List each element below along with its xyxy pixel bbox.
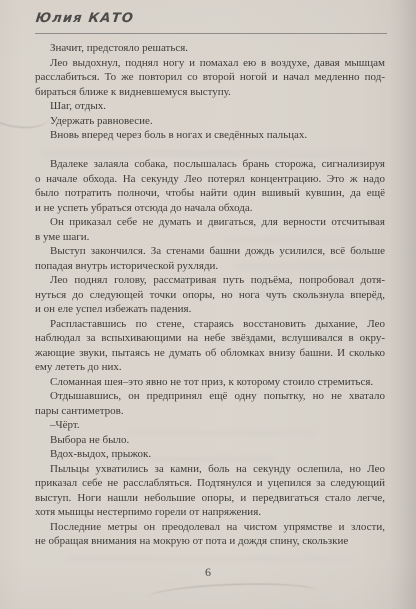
text-line: Он приказал себе не думать и двигаться, … xyxy=(35,215,385,230)
text-line: Лео выдохнул, поднял ногу и помахал ею в… xyxy=(35,56,385,71)
text-line: наблюдал за вспыхивающими на небе звёзда… xyxy=(35,331,385,346)
text-line: было потратить полночи, чтобы найти один… xyxy=(35,186,385,201)
running-header: Юлия КАТО xyxy=(35,11,135,26)
page-footer: 6 xyxy=(0,565,416,580)
text-line: не обращая внимания на мокрую от пота и … xyxy=(35,534,385,549)
text-line: расслабиться. То же повторил со второй н… xyxy=(35,70,385,85)
text-line: Выбора не было. xyxy=(35,433,385,448)
paragraph: Вдох-выдох, прыжок. xyxy=(35,447,385,462)
text-line: приказал себе не расслабляться. Подтянул… xyxy=(35,476,385,491)
page-number: 6 xyxy=(205,565,211,579)
text-line: нуться до следующей точки опоры, но нога… xyxy=(35,288,385,303)
paragraph: Вновь вперед через боль в ногах и сведён… xyxy=(35,128,385,143)
page-edge-shadow xyxy=(390,0,416,609)
text-line: и не успеть убраться отсюда до начала об… xyxy=(35,201,385,216)
text-line: Вновь вперед через боль в ногах и сведён… xyxy=(35,128,385,143)
text-line: Пыльцы ухватились за камни, боль на секу… xyxy=(35,462,385,477)
header-rule xyxy=(35,33,387,34)
text-line: и он еле успел избежать падения. xyxy=(35,302,385,317)
text-line: Лео поднял голову, рассматривая путь под… xyxy=(35,273,385,288)
text-line: Удержать равновесие. xyxy=(35,114,385,129)
paragraph: Сломанная шея–это явно не тот приз, к ко… xyxy=(35,375,385,390)
paragraph: Лео поднял голову, рассматривая путь под… xyxy=(35,273,385,317)
text-line: Последние метры он преодолевал на чистом… xyxy=(35,520,385,535)
paragraph: Пыльцы ухватились за камни, боль на секу… xyxy=(35,462,385,520)
paragraph: –Чёрт. xyxy=(35,418,385,433)
paragraph: Шаг, отдых. xyxy=(35,99,385,114)
book-page: Юлия КАТО Значит, предстояло решаться.Ле… xyxy=(0,0,416,609)
paragraph: Выбора не было. xyxy=(35,433,385,448)
showthrough-mark xyxy=(65,556,355,562)
text-line: ему лететь до них. xyxy=(35,360,385,375)
paragraph: Выступ закончился. За стенами башни дожд… xyxy=(35,244,385,273)
text-line: о начале обхода. На секунду Лео потерял … xyxy=(35,172,385,187)
text-line: выступ. Ноги нашли небольшие опоры, и пе… xyxy=(35,491,385,506)
text-line: жающие звуки, пытаясь не думать об облом… xyxy=(35,346,385,361)
author-name: Юлия КАТО xyxy=(35,11,135,26)
text-line: попадая внутрь исторической рухляди. xyxy=(35,259,385,274)
paragraph: Удержать равновесие. xyxy=(35,114,385,129)
text-line: Сломанная шея–это явно не тот приз, к ко… xyxy=(35,375,385,390)
paragraph: Лео выдохнул, поднял ногу и помахал ею в… xyxy=(35,56,385,100)
text-line: Выступ закончился. За стенами башни дожд… xyxy=(35,244,385,259)
text-line: бираться ближе к видневшемуся выступу. xyxy=(35,85,385,100)
text-line: Распластавшись по стене, стараясь восста… xyxy=(35,317,385,332)
text-line: –Чёрт. xyxy=(35,418,385,433)
text-line: Значит, предстояло решаться. xyxy=(35,41,385,56)
text-line: Отдышавшись, он предпринял ещё одну попы… xyxy=(35,389,385,404)
paragraph: Отдышавшись, он предпринял ещё одну попы… xyxy=(35,389,385,418)
text-block: Значит, предстояло решаться.Лео выдохнул… xyxy=(35,41,385,549)
text-line: Шаг, отдых. xyxy=(35,99,385,114)
paragraph: Он приказал себе не думать и двигаться, … xyxy=(35,215,385,244)
paragraph: Последние метры он преодолевал на чистом… xyxy=(35,520,385,549)
paragraph: Вдалеке залаяла собака, послышалась бран… xyxy=(35,157,385,215)
paragraph: Значит, предстояло решаться. xyxy=(35,41,385,56)
page-curl-mark-bottom xyxy=(148,581,319,608)
text-line: пары сантиметров. xyxy=(35,404,385,419)
text-line: Вдох-выдох, прыжок. xyxy=(35,447,385,462)
text-line: хотя мышцы нестерпимо горели от напряжен… xyxy=(35,505,385,520)
paragraph: Распластавшись по стене, стараясь восста… xyxy=(35,317,385,375)
text-line: Вдалеке залаяла собака, послышалась бран… xyxy=(35,157,385,172)
text-line: в уме шаги. xyxy=(35,230,385,245)
